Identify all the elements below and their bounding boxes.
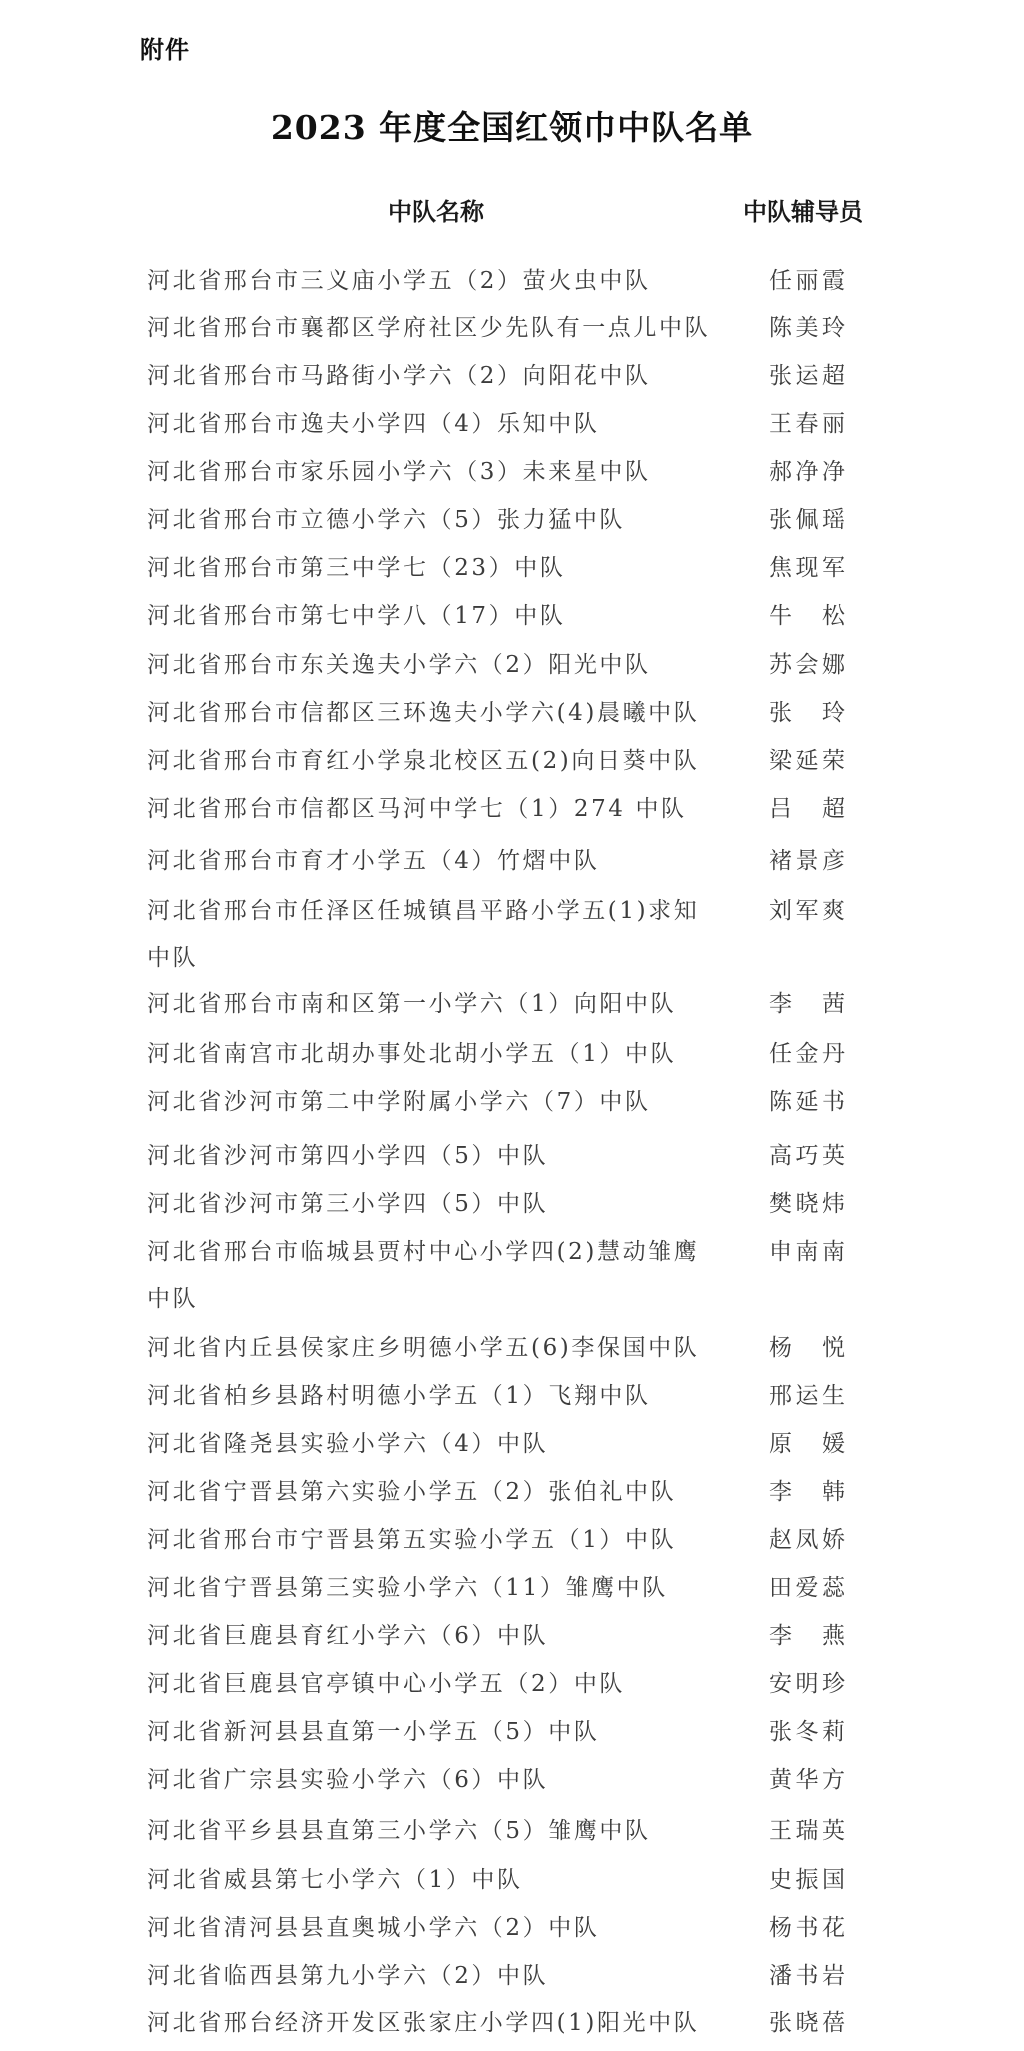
advisor-name: 张 玲 <box>769 690 845 737</box>
list-item: 河北省沙河市第三小学四（5）中队樊晓炜 <box>0 1181 1024 1228</box>
list-item: 河北省邢台市第七中学八（17）中队牛 松 <box>0 593 1024 640</box>
advisor-name: 潘书岩 <box>769 1953 845 2000</box>
squad-name: 河北省清河县县直奥城小学六（2）中队 <box>147 1905 747 1952</box>
advisor-name: 王春丽 <box>769 401 845 448</box>
squad-name: 河北省邢台市马路街小学六（2）向阳花中队 <box>147 353 747 400</box>
list-item: 河北省巨鹿县育红小学六（6）中队李 燕 <box>0 1613 1024 1660</box>
squad-name: 河北省邢台市立德小学六（5）张力猛中队 <box>147 497 747 544</box>
squad-name: 河北省南宫市北胡办事处北胡小学五（1）中队 <box>147 1031 747 1078</box>
advisor-name: 褚景彦 <box>769 838 845 885</box>
squad-name: 河北省邢台市襄都区学府社区少先队有一点儿中队 <box>147 305 747 352</box>
list-item: 河北省邢台市立德小学六（5）张力猛中队张佩瑶 <box>0 497 1024 544</box>
advisor-name: 任丽霞 <box>769 258 845 305</box>
squad-name: 河北省邢台市信都区马河中学七（1）274 中队 <box>147 786 747 833</box>
squad-name: 河北省邢台市逸夫小学四（4）乐知中队 <box>147 401 747 448</box>
advisor-name: 陈美玲 <box>769 305 845 352</box>
list-item: 河北省邢台经济开发区张家庄小学四(1)阳光中队张晓蓓 <box>0 2000 1024 2047</box>
squad-name: 河北省沙河市第四小学四（5）中队 <box>147 1133 747 1180</box>
list-item: 河北省邢台市三义庙小学五（2）萤火虫中队任丽霞 <box>0 258 1024 305</box>
list-item: 河北省邢台市任泽区任城镇昌平路小学五(1)求知中队刘军爽 <box>0 888 1024 935</box>
advisor-name: 焦现军 <box>769 545 845 592</box>
advisor-name: 史振国 <box>769 1857 845 1904</box>
squad-name: 河北省邢台市东关逸夫小学六（2）阳光中队 <box>147 642 747 689</box>
squad-name: 河北省柏乡县路村明德小学五（1）飞翔中队 <box>147 1373 747 1420</box>
list-item: 河北省邢台市信都区马河中学七（1）274 中队吕 超 <box>0 786 1024 833</box>
list-item: 河北省清河县县直奥城小学六（2）中队杨书花 <box>0 1905 1024 1952</box>
squad-name: 河北省邢台市家乐园小学六（3）未来星中队 <box>147 449 747 496</box>
advisor-name: 田爱蕊 <box>769 1565 845 1612</box>
list-item: 河北省宁晋县第三实验小学六（11）雏鹰中队田爱蕊 <box>0 1565 1024 1612</box>
list-item: 河北省邢台市临城县贾村中心小学四(2)慧动雏鹰中队申南南 <box>0 1229 1024 1276</box>
column-header-squad-name: 中队名称 <box>388 192 484 227</box>
squad-name: 河北省平乡县县直第三小学六（5）雏鹰中队 <box>147 1808 747 1855</box>
squad-name: 河北省邢台经济开发区张家庄小学四(1)阳光中队 <box>147 2000 747 2047</box>
list-item: 河北省平乡县县直第三小学六（5）雏鹰中队王瑞英 <box>0 1808 1024 1855</box>
advisor-name: 牛 松 <box>769 593 845 640</box>
advisor-name: 高巧英 <box>769 1133 845 1180</box>
squad-name: 河北省新河县县直第一小学五（5）中队 <box>147 1709 747 1756</box>
squad-name: 河北省宁晋县第六实验小学五（2）张伯礼中队 <box>147 1469 747 1516</box>
advisor-name: 王瑞英 <box>769 1808 845 1855</box>
attachment-label: 附件 <box>140 30 190 65</box>
advisor-name: 张运超 <box>769 353 845 400</box>
list-item: 河北省内丘县侯家庄乡明德小学五(6)李保国中队杨 悦 <box>0 1325 1024 1372</box>
squad-name: 河北省巨鹿县育红小学六（6）中队 <box>147 1613 747 1660</box>
squad-name: 河北省邢台市第七中学八（17）中队 <box>147 593 747 640</box>
squad-name-continuation: 中队 <box>147 935 198 982</box>
advisor-name: 赵凤娇 <box>769 1517 845 1564</box>
advisor-name: 苏会娜 <box>769 642 845 689</box>
list-item: 河北省邢台市第三中学七（23）中队焦现军 <box>0 545 1024 592</box>
squad-name: 河北省邢台市第三中学七（23）中队 <box>147 545 747 592</box>
document-title: 2023 年度全国红领巾中队名单 <box>0 102 1024 149</box>
squad-name: 河北省邢台市育红小学泉北校区五(2)向日葵中队 <box>147 738 747 785</box>
squad-name: 河北省沙河市第三小学四（5）中队 <box>147 1181 747 1228</box>
advisor-name: 邢运生 <box>769 1373 845 1420</box>
list-item: 河北省巨鹿县官亭镇中心小学五（2）中队安明珍 <box>0 1661 1024 1708</box>
squad-name: 河北省临西县第九小学六（2）中队 <box>147 1953 747 2000</box>
squad-name: 河北省邢台市南和区第一小学六（1）向阳中队 <box>147 981 747 1028</box>
squad-name: 河北省宁晋县第三实验小学六（11）雏鹰中队 <box>147 1565 747 1612</box>
squad-name: 河北省巨鹿县官亭镇中心小学五（2）中队 <box>147 1661 747 1708</box>
squad-name-continuation: 中队 <box>147 1276 198 1323</box>
advisor-name: 张晓蓓 <box>769 2000 845 2047</box>
list-item: 河北省隆尧县实验小学六（4）中队原 媛 <box>0 1421 1024 1468</box>
squad-name: 河北省邢台市育才小学五（4）竹熠中队 <box>147 838 747 885</box>
list-item: 河北省柏乡县路村明德小学五（1）飞翔中队邢运生 <box>0 1373 1024 1420</box>
list-item: 河北省宁晋县第六实验小学五（2）张伯礼中队李 韩 <box>0 1469 1024 1516</box>
list-item: 河北省邢台市东关逸夫小学六（2）阳光中队苏会娜 <box>0 642 1024 689</box>
advisor-name: 张佩瑶 <box>769 497 845 544</box>
advisor-name: 李 燕 <box>769 1613 845 1660</box>
advisor-name: 郝净净 <box>769 449 845 496</box>
list-item: 河北省新河县县直第一小学五（5）中队张冬莉 <box>0 1709 1024 1756</box>
advisor-name: 刘军爽 <box>769 888 845 935</box>
advisor-name: 张冬莉 <box>769 1709 845 1756</box>
advisor-name: 黄华方 <box>769 1757 845 1804</box>
column-header-advisor: 中队辅导员 <box>743 192 863 227</box>
list-item: 河北省临西县第九小学六（2）中队潘书岩 <box>0 1953 1024 2000</box>
list-item: 河北省沙河市第四小学四（5）中队高巧英 <box>0 1133 1024 1180</box>
advisor-name: 李 茜 <box>769 981 845 1028</box>
squad-name: 河北省威县第七小学六（1）中队 <box>147 1857 747 1904</box>
advisor-name: 梁延荣 <box>769 738 845 785</box>
squad-name: 河北省邢台市临城县贾村中心小学四(2)慧动雏鹰 <box>147 1229 747 1276</box>
squad-name: 河北省隆尧县实验小学六（4）中队 <box>147 1421 747 1468</box>
advisor-name: 杨 悦 <box>769 1325 845 1372</box>
list-item: 河北省邢台市育红小学泉北校区五(2)向日葵中队梁延荣 <box>0 738 1024 785</box>
advisor-name: 原 媛 <box>769 1421 845 1468</box>
list-item: 河北省邢台市襄都区学府社区少先队有一点儿中队陈美玲 <box>0 305 1024 352</box>
advisor-name: 安明珍 <box>769 1661 845 1708</box>
list-item: 河北省沙河市第二中学附属小学六（7）中队陈延书 <box>0 1079 1024 1126</box>
advisor-name: 陈延书 <box>769 1079 845 1126</box>
advisor-name: 杨书花 <box>769 1905 845 1952</box>
list-item: 河北省威县第七小学六（1）中队史振国 <box>0 1857 1024 1904</box>
squad-name: 河北省沙河市第二中学附属小学六（7）中队 <box>147 1079 747 1126</box>
advisor-name: 申南南 <box>769 1229 845 1276</box>
list-item: 河北省邢台市马路街小学六（2）向阳花中队张运超 <box>0 353 1024 400</box>
advisor-name: 李 韩 <box>769 1469 845 1516</box>
squad-name: 河北省邢台市三义庙小学五（2）萤火虫中队 <box>147 258 747 305</box>
list-item: 河北省邢台市信都区三环逸夫小学六(4)晨曦中队张 玲 <box>0 690 1024 737</box>
list-item: 河北省广宗县实验小学六（6）中队黄华方 <box>0 1757 1024 1804</box>
squad-name: 河北省内丘县侯家庄乡明德小学五(6)李保国中队 <box>147 1325 747 1372</box>
advisor-name: 樊晓炜 <box>769 1181 845 1228</box>
list-item: 河北省邢台市南和区第一小学六（1）向阳中队李 茜 <box>0 981 1024 1028</box>
advisor-name: 吕 超 <box>769 786 845 833</box>
squad-name: 河北省邢台市任泽区任城镇昌平路小学五(1)求知 <box>147 888 747 935</box>
list-item: 河北省邢台市逸夫小学四（4）乐知中队王春丽 <box>0 401 1024 448</box>
list-item: 河北省邢台市宁晋县第五实验小学五（1）中队赵凤娇 <box>0 1517 1024 1564</box>
list-item: 河北省邢台市家乐园小学六（3）未来星中队郝净净 <box>0 449 1024 496</box>
list-item: 河北省南宫市北胡办事处北胡小学五（1）中队任金丹 <box>0 1031 1024 1078</box>
squad-name: 河北省邢台市信都区三环逸夫小学六(4)晨曦中队 <box>147 690 747 737</box>
advisor-name: 任金丹 <box>769 1031 845 1078</box>
list-item: 河北省邢台市育才小学五（4）竹熠中队褚景彦 <box>0 838 1024 885</box>
squad-name: 河北省广宗县实验小学六（6）中队 <box>147 1757 747 1804</box>
squad-name: 河北省邢台市宁晋县第五实验小学五（1）中队 <box>147 1517 747 1564</box>
